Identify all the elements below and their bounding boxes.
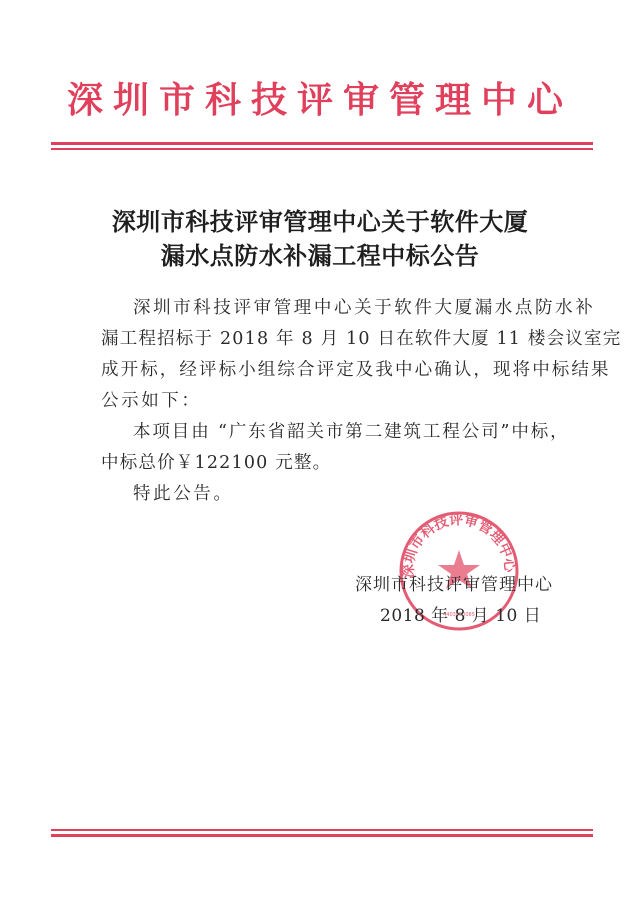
header-rule-thick [51,142,593,145]
body-paragraph2-line2: 中标总价￥122100 元整。 [101,449,331,474]
body-paragraph1-line4: 公示如下： [101,387,202,412]
body-paragraph1-line2: 漏工程招标于 2018 年 8 月 10 日在软件大厦 11 楼会议室完 [101,325,621,350]
letterhead-org-name: 深圳市科技评审管理中心 [0,72,640,123]
signature-org: 深圳市科技评审管理中心 [355,570,553,595]
body-paragraph2-line1: 本项目由 “广东省韶关市第二建筑工程公司”中标， [133,418,570,443]
footer-rule-thin [51,829,593,831]
document-title-line2: 漏水点防水补漏工程中标公告 [0,236,640,271]
document-title-line1: 深圳市科技评审管理中心关于软件大厦 [0,202,640,237]
header-rule-thin [51,148,593,150]
body-paragraph1-line1: 深圳市科技评审管理中心关于软件大厦漏水点防水补 [133,294,595,319]
body-paragraph1-line3: 成开标，经评标小组综合评定及我中心确认，现将中标结果 [101,356,611,381]
body-closing: 特此公告。 [133,480,234,505]
footer-rule-thick [51,834,593,837]
signature-date: 2018 年 8 月 10 日 [380,601,541,626]
